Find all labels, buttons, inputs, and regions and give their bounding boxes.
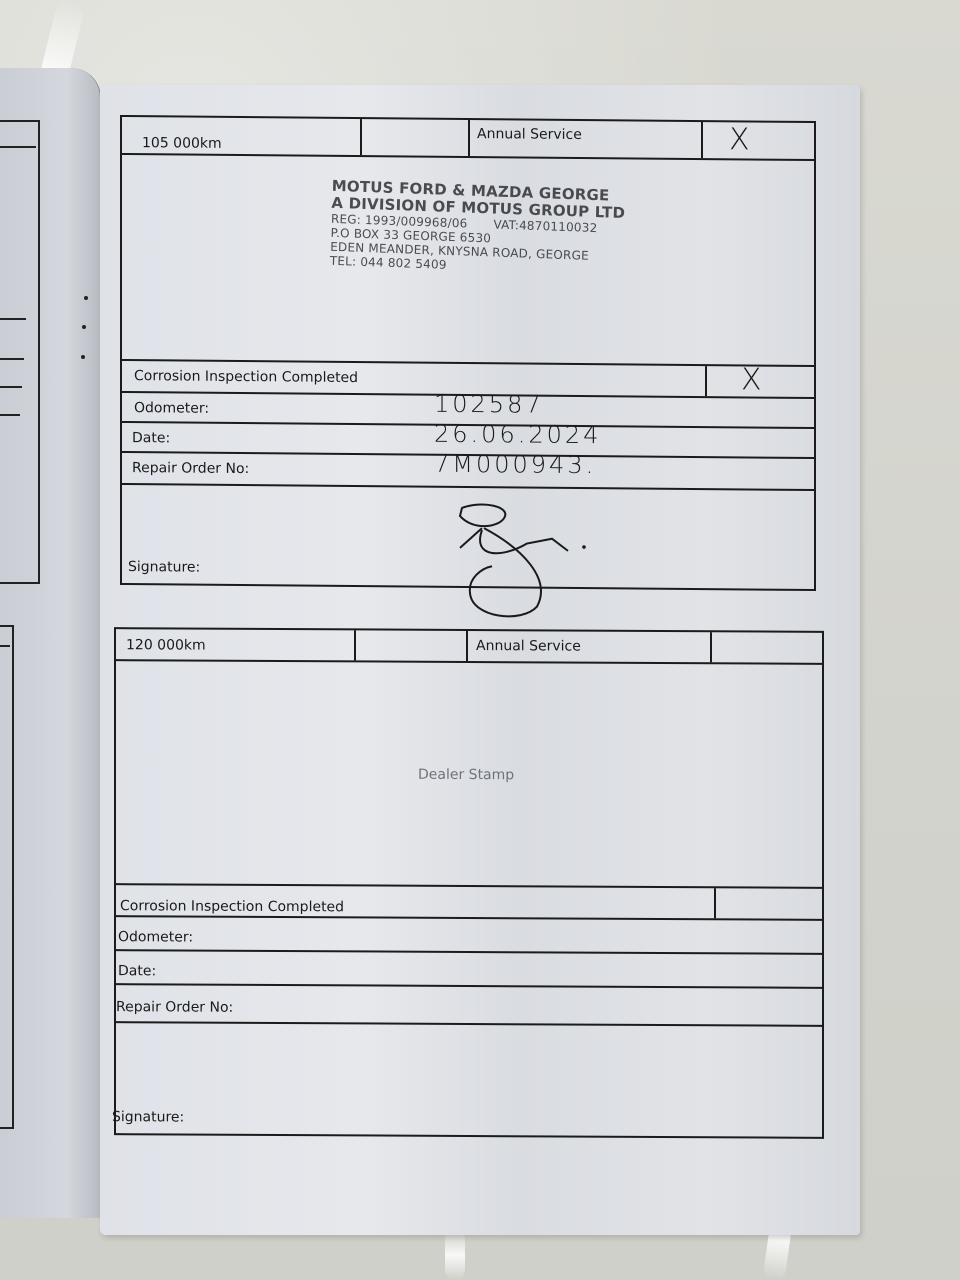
binding-stitch [82, 325, 86, 329]
entry-header-row: 120 000km Annual Service [116, 629, 822, 665]
left-page-rule [0, 358, 24, 360]
signature-label: Signature: [112, 1109, 184, 1125]
corrosion-checkbox[interactable] [716, 888, 822, 919]
corrosion-label-cell: Corrosion Inspection Completed [122, 361, 707, 396]
left-page-rule [0, 414, 20, 416]
odometer-label: Odometer: [134, 400, 209, 417]
interval-cell: 105 000km [122, 117, 362, 155]
service-checkbox[interactable]: X [703, 122, 814, 159]
date-row[interactable]: Date: [116, 951, 822, 989]
odometer-row[interactable]: Odometer: [116, 917, 822, 955]
date-label: Date: [118, 963, 156, 979]
repair-order-label: Repair Order No: [132, 460, 249, 477]
signature-row[interactable]: Signature: [122, 485, 814, 589]
signature-scribble [442, 498, 602, 619]
corrosion-checkbox[interactable]: X [707, 366, 814, 397]
corrosion-label: Corrosion Inspection Completed [120, 898, 344, 915]
corrosion-label-cell: Corrosion Inspection Completed [116, 885, 716, 918]
check-x-mark: X [729, 122, 750, 157]
blank-header-cell [362, 119, 470, 156]
light-glare [445, 1230, 465, 1280]
corrosion-label: Corrosion Inspection Completed [134, 368, 358, 386]
blank-header-cell [356, 630, 468, 661]
service-entry-105000km: 105 000km Annual Service X MOTUS FORD & … [120, 115, 816, 591]
dealer-stamp-area: MOTUS FORD & MAZDA GEORGE A DIVISION OF … [122, 155, 814, 367]
left-page-rule [0, 146, 36, 148]
repair-order-row[interactable]: Repair Order No: [116, 985, 822, 1027]
service-entry-120000km: 120 000km Annual Service Dealer Stamp Co… [114, 627, 824, 1139]
left-page-rule [0, 318, 26, 320]
left-page-rule [0, 386, 22, 388]
corrosion-row: Corrosion Inspection Completed [116, 885, 822, 921]
dealer-stamp: MOTUS FORD & MAZDA GEORGE A DIVISION OF … [330, 179, 626, 279]
left-page-form-1 [0, 120, 40, 584]
repair-order-value: 7M000943. [434, 450, 596, 479]
date-value: 26.06.2024 [434, 420, 601, 449]
interval-cell: 120 000km [116, 629, 356, 660]
entry-header-row: 105 000km Annual Service X [122, 117, 814, 161]
service-checkbox[interactable] [712, 632, 822, 663]
repair-order-label: Repair Order No: [116, 999, 233, 1016]
service-type-label: Annual Service [477, 126, 582, 143]
interval-label: 105 000km [142, 135, 222, 152]
odometer-value: 102587 [434, 390, 544, 419]
dealer-stamp-area[interactable]: Dealer Stamp [116, 661, 822, 889]
left-page-form-2 [0, 625, 14, 1129]
signature-row[interactable]: Signature: [116, 1023, 822, 1137]
service-type-label: Annual Service [476, 638, 581, 655]
dealer-stamp-placeholder: Dealer Stamp [418, 767, 514, 784]
odometer-label: Odometer: [118, 929, 193, 945]
interval-label: 120 000km [126, 637, 206, 653]
left-page-rule [0, 645, 10, 647]
check-x-mark: X [741, 362, 762, 397]
service-type-cell: Annual Service [468, 631, 712, 662]
date-label: Date: [132, 430, 170, 446]
binding-stitch [81, 355, 85, 359]
service-type-cell: Annual Service [470, 120, 703, 158]
binding-stitch [84, 296, 88, 300]
signature-label: Signature: [128, 559, 200, 576]
